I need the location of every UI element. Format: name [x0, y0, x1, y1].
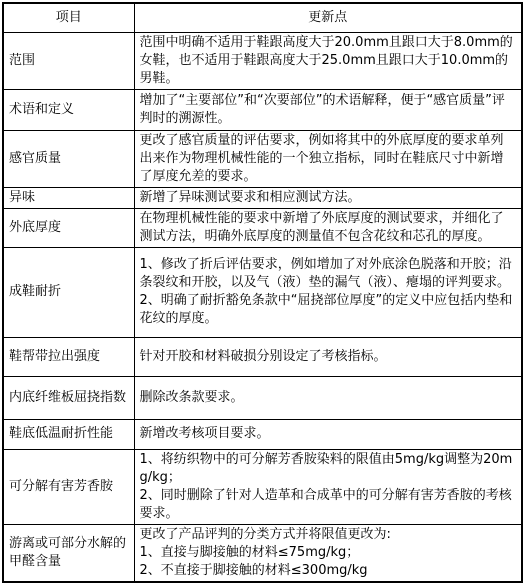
document-page: 项目 更新点 范围 范围中明确不适用于鞋跟高度大于20.0mm且跟口大于8.0m…	[0, 0, 524, 558]
item-label: 异味	[3, 187, 134, 208]
item-label: 鞋帮带拉出强度	[3, 337, 134, 376]
item-label: 术语和定义	[3, 89, 134, 130]
table-header-row: 项目 更新点	[3, 3, 522, 32]
update-text: 在物理机械性能的要求中新增了外底厚度的测试要求，并细化了测试方法，明确外底厚度的…	[134, 208, 522, 247]
update-text: 新增改考核项目要求。	[134, 419, 522, 449]
update-text: 更改了产品评判的分类方式并将限值更改为: 1、直接与脚接触的材料≤75mg/kg…	[134, 524, 522, 582]
update-text: 增加了“主要部位”和“次要部位”的术语解释，便于“感官质量”评判时的溯源性。	[134, 89, 522, 130]
update-text: 新增了异味测试要求和相应测试方法。	[134, 187, 522, 208]
item-label: 外底厚度	[3, 208, 134, 247]
row-terms-definitions: 术语和定义 增加了“主要部位”和“次要部位”的术语解释，便于“感官质量”评判时的…	[3, 89, 522, 130]
row-sensory-quality: 感官质量 更改了感官质量的评估要求，例如将其中的外底厚度的要求单列出来作为物理机…	[3, 130, 522, 187]
item-label: 鞋底低温耐折性能	[3, 419, 134, 449]
item-label: 范围	[3, 32, 134, 89]
update-text: 删除改条款要求。	[134, 376, 522, 419]
update-text: 针对开胶和材料破损分别设定了考核指标。	[134, 337, 522, 376]
row-scope: 范围 范围中明确不适用于鞋跟高度大于20.0mm且跟口大于8.0mm的女鞋，也不…	[3, 32, 522, 89]
row-insole-fiberboard-flex-index: 内底纤维板屈挠指数 删除改条款要求。	[3, 376, 522, 419]
update-text: 更改了感官质量的评估要求，例如将其中的外底厚度的要求单列出来作为物理机械性能的一…	[134, 130, 522, 187]
column-header-item: 项目	[3, 3, 134, 32]
item-label: 游离或可部分水解的甲醛含量	[3, 524, 134, 582]
row-formaldehyde-content: 游离或可部分水解的甲醛含量 更改了产品评判的分类方式并将限值更改为: 1、直接与…	[3, 524, 522, 582]
item-label: 成鞋耐折	[3, 247, 134, 337]
item-label: 内底纤维板屈挠指数	[3, 376, 134, 419]
row-low-temp-flex-performance: 鞋底低温耐折性能 新增改考核项目要求。	[3, 419, 522, 449]
row-shoe-flex-resistance: 成鞋耐折 1、修改了折后评估要求，例如增加了对外底涂色脱落和开胶；沿条裂纹和开胶…	[3, 247, 522, 337]
update-text: 1、修改了折后评估要求，例如增加了对外底涂色脱落和开胶；沿条裂纹和开胶，以及气（…	[134, 247, 522, 337]
row-outsole-thickness: 外底厚度 在物理机械性能的要求中新增了外底厚度的测试要求，并细化了测试方法，明确…	[3, 208, 522, 247]
column-header-update-points: 更新点	[134, 3, 522, 32]
row-odor: 异味 新增了异味测试要求和相应测试方法。	[3, 187, 522, 208]
update-text: 范围中明确不适用于鞋跟高度大于20.0mm且跟口大于8.0mm的女鞋，也不适用于…	[134, 32, 522, 89]
item-label: 感官质量	[3, 130, 134, 187]
row-strap-pullout-strength: 鞋帮带拉出强度 针对开胶和材料破损分别设定了考核指标。	[3, 337, 522, 376]
update-text: 1、将纺织物中的可分解芳香胺染料的限值由5mg/kg调整为20mg/kg； 2、…	[134, 449, 522, 524]
row-decomposable-aromatic-amines: 可分解有害芳香胺 1、将纺织物中的可分解芳香胺染料的限值由5mg/kg调整为20…	[3, 449, 522, 524]
item-label: 可分解有害芳香胺	[3, 449, 134, 524]
standard-update-table: 项目 更新点 范围 范围中明确不适用于鞋跟高度大于20.0mm且跟口大于8.0m…	[2, 2, 523, 583]
